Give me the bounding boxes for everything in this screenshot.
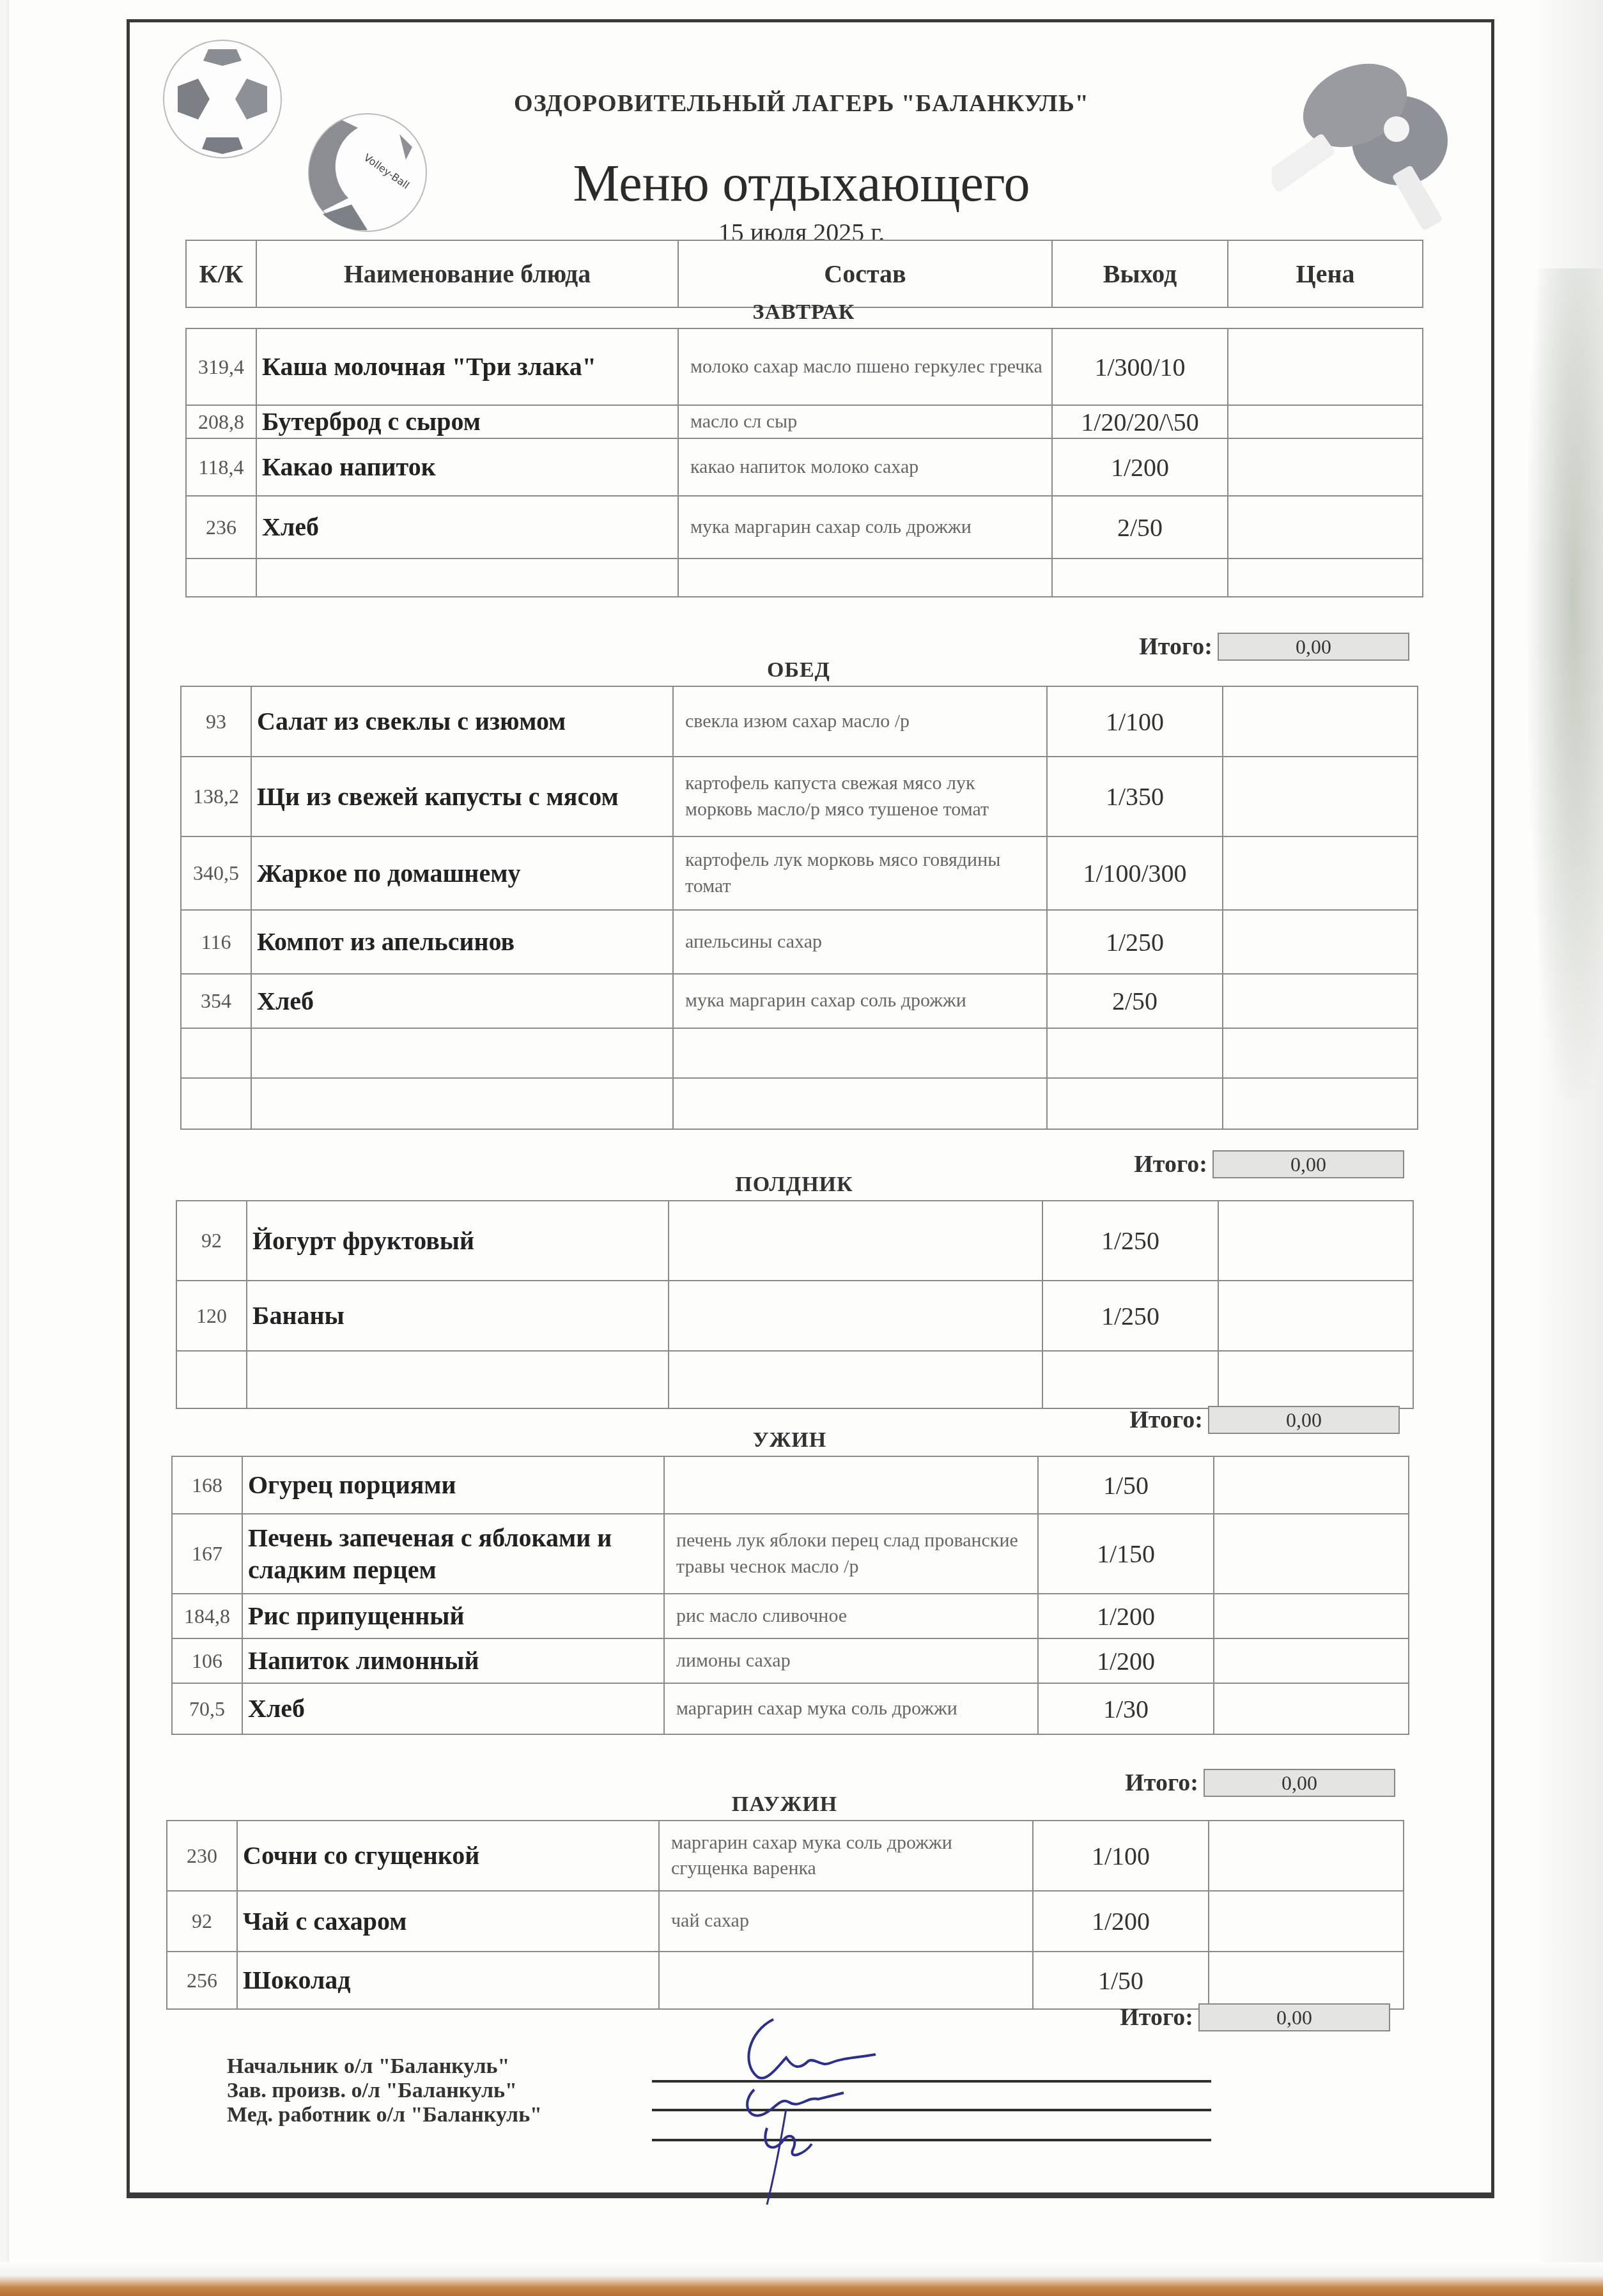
- column-header-price: Цена: [1228, 240, 1423, 307]
- handwritten-signature: [697, 2007, 940, 2211]
- dish-name: Сочни со сгущенкой: [237, 1821, 659, 1891]
- dish-price: [1228, 328, 1423, 405]
- table-row: 93Салат из свеклы с изюмомсвекла изюм са…: [181, 686, 1418, 757]
- dish-code: 70,5: [172, 1683, 242, 1734]
- dish-yield: [1047, 1078, 1223, 1129]
- table-row: 256Шоколад1/50: [167, 1952, 1404, 2009]
- dish-name: Салат из свеклы с изюмом: [251, 686, 673, 757]
- dish-code: 92: [176, 1201, 247, 1281]
- column-header-composition: Состав: [678, 240, 1052, 307]
- table-row: 230Сочни со сгущенкоймаргарин сахар мука…: [167, 1821, 1404, 1891]
- table-row: 168Огурец порциями1/50: [172, 1456, 1409, 1514]
- dish-yield: [1052, 559, 1228, 597]
- table-row: 354Хлебмука маргарин сахар соль дрожжи2/…: [181, 974, 1418, 1028]
- column-header-row: К/К Наименование блюда Состав Выход Цена: [185, 240, 1423, 308]
- table-row: 120Бананы1/250: [176, 1281, 1413, 1351]
- dish-price: [1223, 686, 1418, 757]
- table-row: 208,8Бутерброд с сыроммасло сл сыр1/20/2…: [186, 405, 1423, 438]
- section-title: ОБЕД: [180, 658, 1417, 682]
- table-row: 340,5Жаркое по домашнемукартофель лук мо…: [181, 836, 1418, 910]
- dish-yield: 1/200: [1033, 1891, 1209, 1952]
- dish-price: [1214, 1456, 1409, 1514]
- dish-yield: 2/50: [1047, 974, 1223, 1028]
- dish-price: [1223, 836, 1418, 910]
- dish-name: Рис припущенный: [242, 1594, 664, 1638]
- dish-price: [1223, 974, 1418, 1028]
- dish-name: Бутерброд с сыром: [256, 405, 678, 438]
- camp-name: ОЗДОРОВИТЕЛЬНЫЙ ЛАГЕРЬ "БАЛАНКУЛЬ": [0, 89, 1603, 118]
- dish-code: 354: [181, 974, 251, 1028]
- dish-code: 118,4: [186, 438, 256, 496]
- dish-price: [1223, 1028, 1418, 1078]
- dish-code: 116: [181, 910, 251, 974]
- meal-table: 93Салат из свеклы с изюмомсвекла изюм са…: [180, 686, 1418, 1130]
- signature-block: Начальник о/л "Баланкуль" Зав. произв. о…: [227, 2054, 542, 2127]
- table-row: [181, 1078, 1418, 1129]
- column-header-kk: К/К: [186, 240, 256, 307]
- dish-yield: [1042, 1351, 1218, 1408]
- dish-name: Какао напиток: [256, 438, 678, 496]
- dish-yield: 1/30: [1038, 1683, 1214, 1734]
- dish-yield: 1/50: [1033, 1952, 1209, 2009]
- dish-composition: маргарин сахар мука соль дрожжи: [664, 1683, 1038, 1734]
- dish-yield: 1/20/20/\50: [1052, 405, 1228, 438]
- dish-price: [1218, 1351, 1413, 1408]
- dish-name: Компот из апельсинов: [251, 910, 673, 974]
- dish-composition: [669, 1201, 1042, 1281]
- dish-composition: какао напиток молоко сахар: [678, 438, 1052, 496]
- dish-code: 319,4: [186, 328, 256, 405]
- dish-yield: 1/50: [1038, 1456, 1214, 1514]
- page-smudge: [1528, 268, 1603, 1099]
- dish-composition: [669, 1351, 1042, 1408]
- table-row: [176, 1351, 1413, 1408]
- table-row: 236Хлебмука маргарин сахар соль дрожжи2/…: [186, 496, 1423, 559]
- meal-table: 92Йогурт фруктовый1/250120Бананы1/250: [176, 1200, 1414, 1409]
- dish-code: 138,2: [181, 757, 251, 836]
- dish-yield: 1/300/10: [1052, 328, 1228, 405]
- section-title: ПОЛДНИК: [176, 1173, 1413, 1197]
- dish-composition: [659, 1952, 1033, 2009]
- dish-code: 208,8: [186, 405, 256, 438]
- dish-price: [1218, 1281, 1413, 1351]
- dish-yield: 1/250: [1042, 1281, 1218, 1351]
- dish-composition: мука маргарин сахар соль дрожжи: [673, 974, 1047, 1028]
- dish-composition: апельсины сахар: [673, 910, 1047, 974]
- column-header-name: Наименование блюда: [256, 240, 678, 307]
- dish-price: [1223, 1078, 1418, 1129]
- meal-table: 230Сочни со сгущенкоймаргарин сахар мука…: [166, 1820, 1404, 2010]
- dish-yield: [1047, 1028, 1223, 1078]
- dish-code: 230: [167, 1821, 237, 1891]
- dish-composition: масло сл сыр: [678, 405, 1052, 438]
- dish-price: [1214, 1683, 1409, 1734]
- dish-price: [1228, 438, 1423, 496]
- table-row: 184,8Рис припущенныйрис масло сливочное1…: [172, 1594, 1409, 1638]
- dish-code: 236: [186, 496, 256, 559]
- dish-code: [186, 559, 256, 597]
- page-title: Меню отдыхающего: [0, 153, 1603, 213]
- dish-composition: маргарин сахар мука соль дрожжи сгущенка…: [659, 1821, 1033, 1891]
- dish-name: Бананы: [247, 1281, 669, 1351]
- dish-price: [1214, 1594, 1409, 1638]
- dish-code: 167: [172, 1514, 242, 1594]
- dish-composition: свекла изюм сахар масло /р: [673, 686, 1047, 757]
- table-row: 319,4Каша молочная "Три злака"молоко сах…: [186, 328, 1423, 405]
- total-value: 0,00: [1218, 633, 1409, 661]
- dish-composition: печень лук яблоки перец слад прованские …: [664, 1514, 1038, 1594]
- dish-composition: [673, 1028, 1047, 1078]
- dish-composition: картофель лук морковь мясо говядины тома…: [673, 836, 1047, 910]
- table-row: 70,5Хлебмаргарин сахар мука соль дрожжи1…: [172, 1683, 1409, 1734]
- dish-code: 184,8: [172, 1594, 242, 1638]
- dish-code: 256: [167, 1952, 237, 2009]
- table-row: 106Напиток лимонныйлимоны сахар1/200: [172, 1638, 1409, 1683]
- dish-code: 168: [172, 1456, 242, 1514]
- dish-name: Чай с сахаром: [237, 1891, 659, 1952]
- dish-name: [247, 1351, 669, 1408]
- dish-price: [1214, 1638, 1409, 1683]
- dish-price: [1228, 496, 1423, 559]
- dish-name: Йогурт фруктовый: [247, 1201, 669, 1281]
- total-value: 0,00: [1198, 2003, 1390, 2031]
- signature-label-director: Начальник о/л "Баланкуль": [227, 2054, 542, 2079]
- dish-composition: лимоны сахар: [664, 1638, 1038, 1683]
- dish-price: [1218, 1201, 1413, 1281]
- dish-yield: 1/150: [1038, 1514, 1214, 1594]
- dish-yield: 1/250: [1042, 1201, 1218, 1281]
- table-row: [181, 1028, 1418, 1078]
- dish-yield: 1/200: [1038, 1638, 1214, 1683]
- dish-name: Каша молочная "Три злака": [256, 328, 678, 405]
- dish-price: [1223, 757, 1418, 836]
- dish-yield: 2/50: [1052, 496, 1228, 559]
- dish-yield: 1/100: [1047, 686, 1223, 757]
- dish-code: [181, 1028, 251, 1078]
- section-title: ЗАВТРАК: [185, 300, 1422, 325]
- dish-composition: [669, 1281, 1042, 1351]
- dish-price: [1209, 1821, 1404, 1891]
- meal-table: 319,4Каша молочная "Три злака"молоко сах…: [185, 328, 1423, 597]
- dish-composition: [678, 559, 1052, 597]
- dish-code: 93: [181, 686, 251, 757]
- dish-price: [1223, 910, 1418, 974]
- dish-composition: [673, 1078, 1047, 1129]
- dish-name: Хлеб: [256, 496, 678, 559]
- wooden-table-background: [0, 2262, 1603, 2296]
- table-row: 167Печень запеченая с яблоками и сладким…: [172, 1514, 1409, 1594]
- dish-name: [251, 1078, 673, 1129]
- signature-label-production-head: Зав. произв. о/л "Баланкуль": [227, 2079, 542, 2103]
- dish-code: [176, 1351, 247, 1408]
- table-row: 116Компот из апельсиновапельсины сахар1/…: [181, 910, 1418, 974]
- signature-label-medical-worker: Мед. работник о/л "Баланкуль": [227, 2103, 542, 2127]
- section-total: Итого:0,00: [1071, 2003, 1390, 2031]
- table-row: 138,2Щи из свежей капусты с мясомкартофе…: [181, 757, 1418, 836]
- dish-name: [256, 559, 678, 597]
- dish-price: [1228, 559, 1423, 597]
- dish-name: Шоколад: [237, 1952, 659, 2009]
- dish-name: [251, 1028, 673, 1078]
- dish-composition: картофель капуста свежая мясо лук морков…: [673, 757, 1047, 836]
- dish-yield: 1/100/300: [1047, 836, 1223, 910]
- dish-name: Щи из свежей капусты с мясом: [251, 757, 673, 836]
- dish-yield: 1/200: [1038, 1594, 1214, 1638]
- dish-price: [1209, 1891, 1404, 1952]
- dish-name: Хлеб: [251, 974, 673, 1028]
- dish-composition: мука маргарин сахар соль дрожжи: [678, 496, 1052, 559]
- table-row: 118,4Какао напитоккакао напиток молоко с…: [186, 438, 1423, 496]
- total-label: Итого:: [1071, 2003, 1198, 2031]
- dish-name: Печень запеченая с яблоками и сладким пе…: [242, 1514, 664, 1594]
- dish-composition: [664, 1456, 1038, 1514]
- dish-code: 340,5: [181, 836, 251, 910]
- dish-price: [1209, 1952, 1404, 2009]
- dish-name: Огурец порциями: [242, 1456, 664, 1514]
- dish-code: 120: [176, 1281, 247, 1351]
- meal-table: 168Огурец порциями1/50167Печень запечена…: [171, 1456, 1409, 1735]
- dish-yield: 1/200: [1052, 438, 1228, 496]
- dish-composition: молоко сахар масло пшено геркулес гречка: [678, 328, 1052, 405]
- dish-yield: 1/350: [1047, 757, 1223, 836]
- dish-composition: рис масло сливочное: [664, 1594, 1038, 1638]
- dish-code: [181, 1078, 251, 1129]
- table-row: [186, 559, 1423, 597]
- dish-composition: чай сахар: [659, 1891, 1033, 1952]
- dish-yield: 1/100: [1033, 1821, 1209, 1891]
- section-total: Итого:0,00: [1090, 633, 1409, 661]
- total-label: Итого:: [1090, 633, 1218, 661]
- dish-price: [1214, 1514, 1409, 1594]
- table-row: 92Чай с сахаромчай сахар1/200: [167, 1891, 1404, 1952]
- dish-code: 106: [172, 1638, 242, 1683]
- column-header-yield: Выход: [1052, 240, 1228, 307]
- dish-name: Напиток лимонный: [242, 1638, 664, 1683]
- section-title: УЖИН: [171, 1428, 1408, 1452]
- dish-yield: 1/250: [1047, 910, 1223, 974]
- table-row: 92Йогурт фруктовый1/250: [176, 1201, 1413, 1281]
- dish-name: Хлеб: [242, 1683, 664, 1734]
- dish-code: 92: [167, 1891, 237, 1952]
- section-title: ПАУЖИН: [166, 1792, 1403, 1817]
- dish-price: [1228, 405, 1423, 438]
- dish-name: Жаркое по домашнему: [251, 836, 673, 910]
